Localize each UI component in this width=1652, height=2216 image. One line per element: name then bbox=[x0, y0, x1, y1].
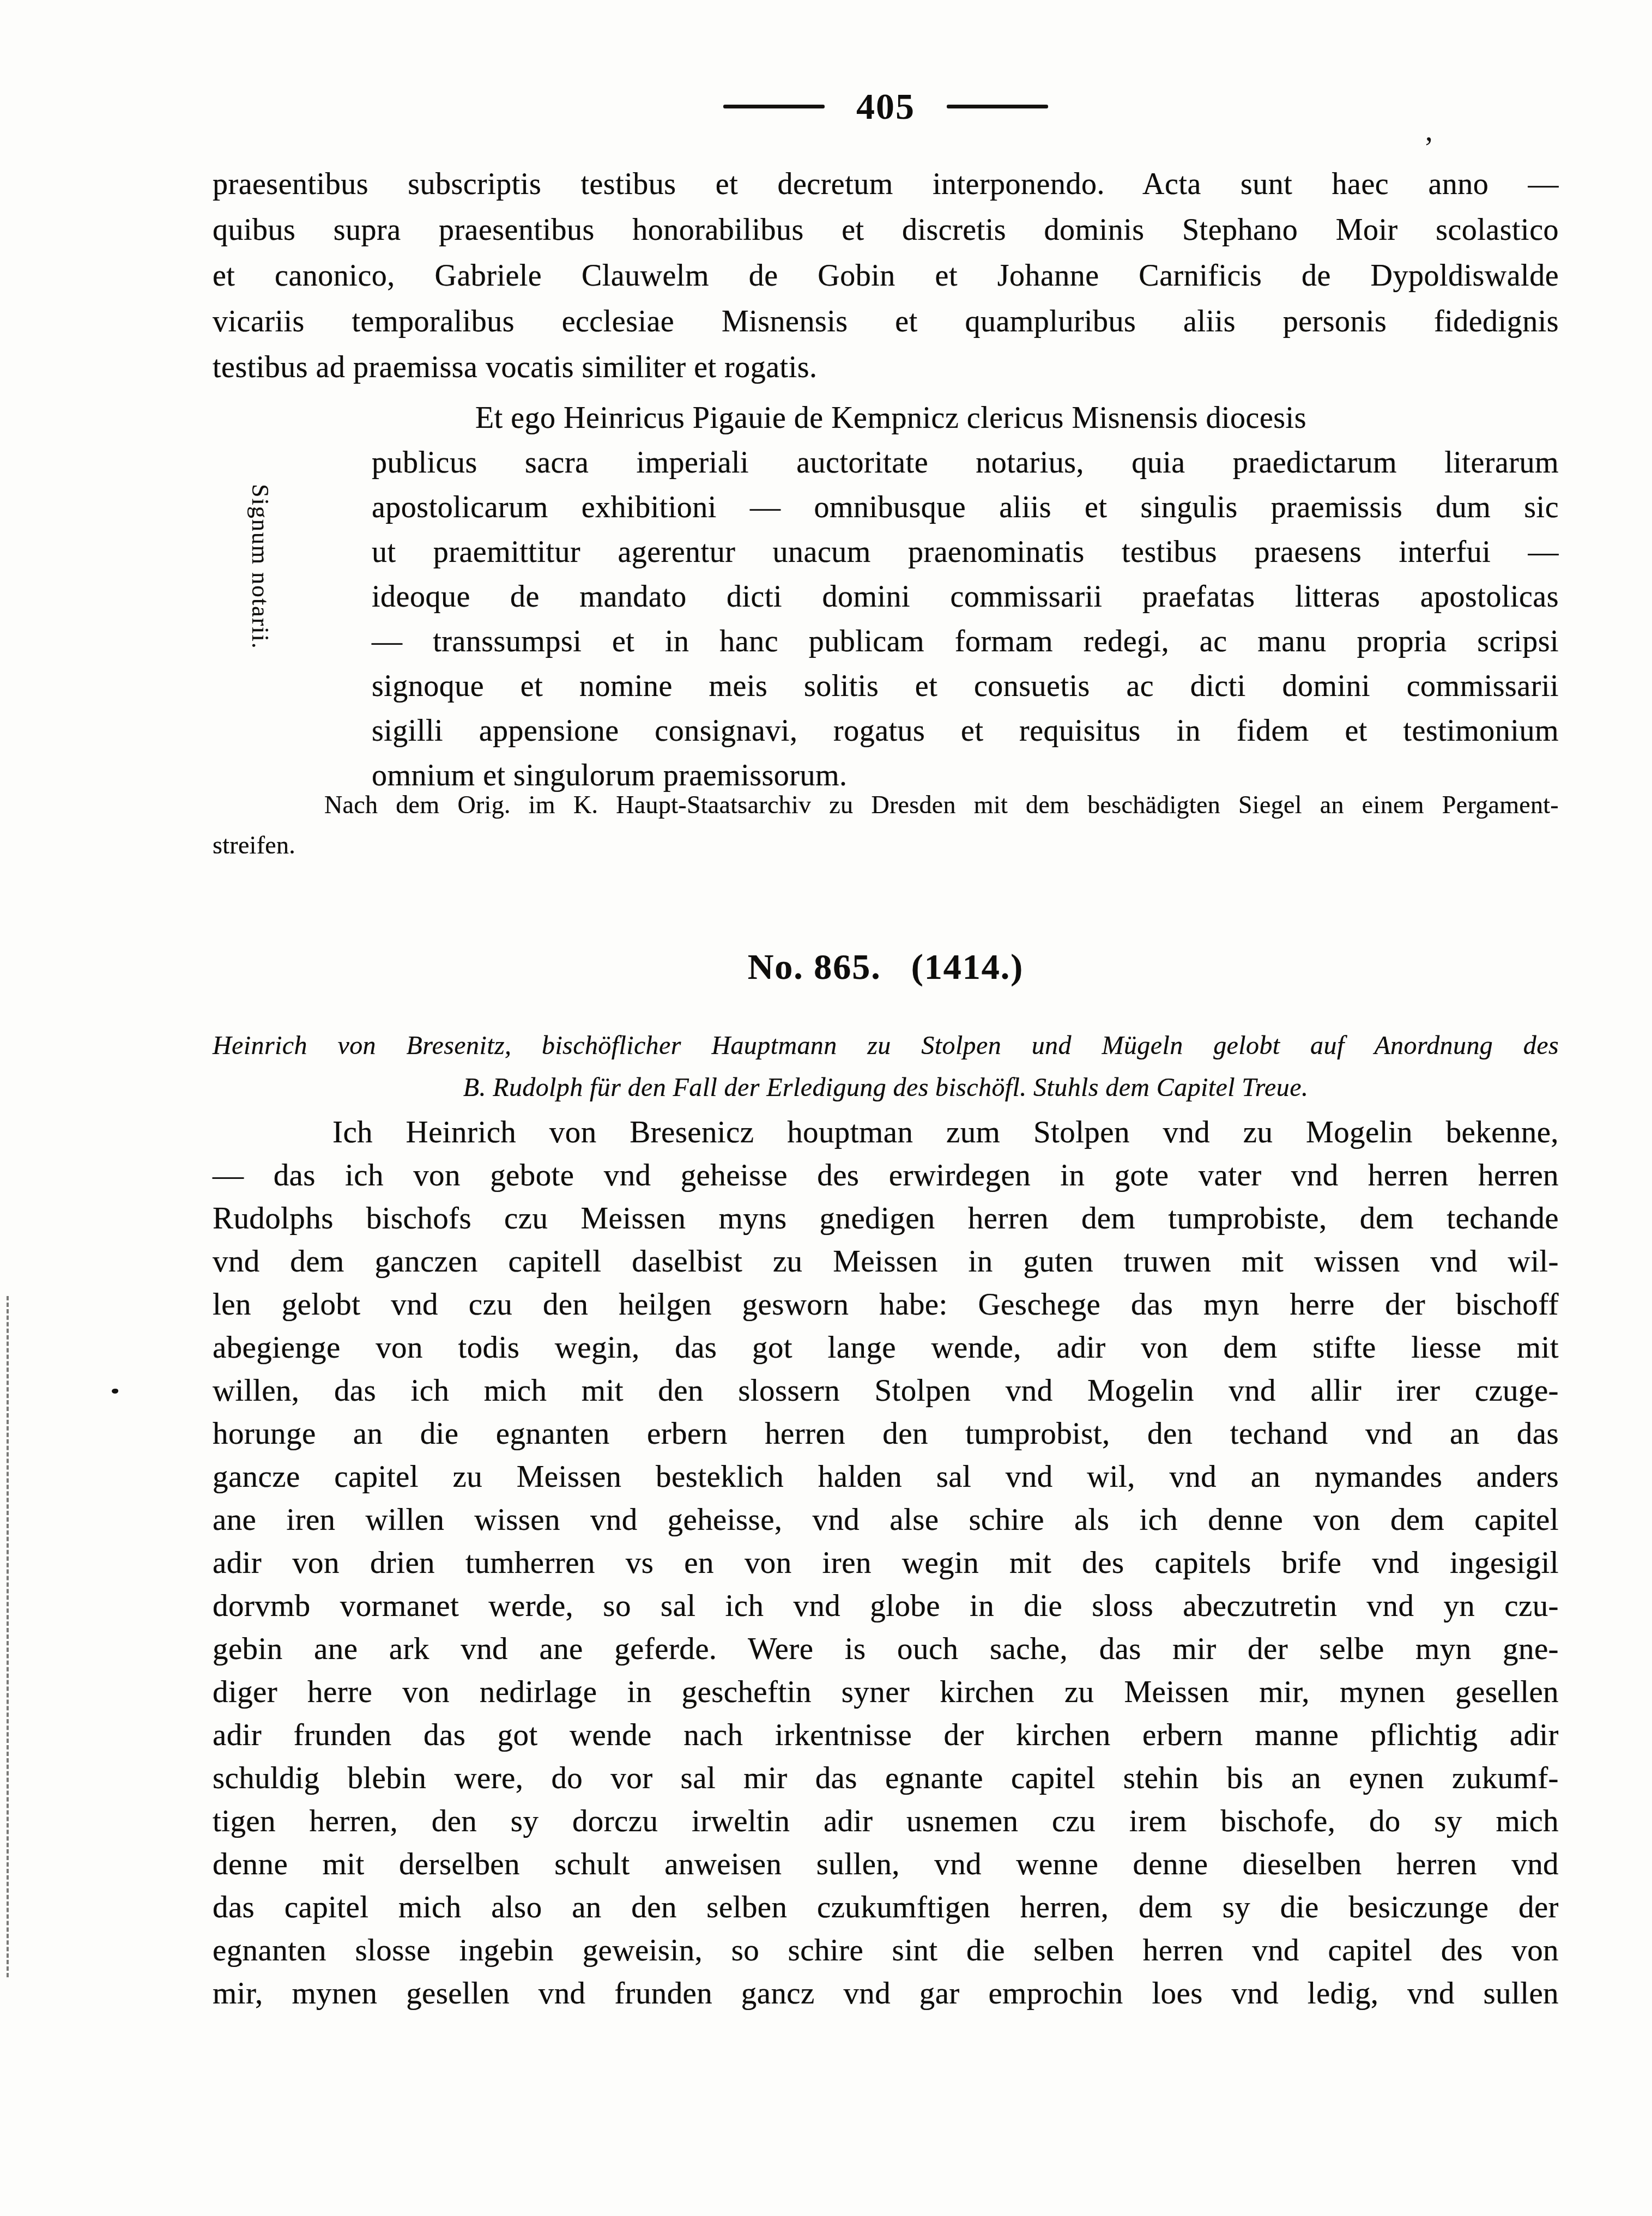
text-line: len gelobt vnd czu den heilgen gesworn h… bbox=[213, 1283, 1559, 1326]
text-line: et canonico, Gabriele Clauwelm de Gobin … bbox=[213, 253, 1559, 299]
text-line: streifen. bbox=[213, 825, 1559, 865]
scan-artifact-stray-mark: ’ bbox=[1424, 131, 1434, 166]
latin-continuation-paragraph: praesentibus subscriptis testibus et dec… bbox=[213, 161, 1559, 390]
text-line: B. Rudolph für den Fall der Erledigung d… bbox=[213, 1067, 1559, 1109]
text-line: testibus ad praemissa vocatis similiter … bbox=[213, 344, 1559, 390]
text-line: schuldig blebin were, do vor sal mir das… bbox=[213, 1757, 1559, 1800]
text-line: — das ich von gebote vnd geheisse des er… bbox=[213, 1154, 1559, 1197]
text-line: das capitel mich also an den selben czuk… bbox=[213, 1886, 1559, 1929]
text-line: vnd dem ganczen capitell daselbist zu Me… bbox=[213, 1240, 1559, 1283]
archival-source-note: Nach dem Orig. im K. Haupt-Staatsarchiv … bbox=[213, 785, 1559, 865]
text-line: Et ego Heinricus Pigauie de Kempnicz cle… bbox=[372, 396, 1559, 440]
text-line: Nach dem Orig. im K. Haupt-Staatsarchiv … bbox=[213, 785, 1559, 825]
page-number: 405 bbox=[856, 88, 915, 125]
header-rule-left bbox=[723, 105, 825, 108]
text-line: willen, das ich mich mit den slossern St… bbox=[213, 1369, 1559, 1412]
charter-year: (1414.) bbox=[911, 949, 1024, 985]
scan-artifact-ink-spot bbox=[112, 1389, 118, 1394]
text-line: ideoque de mandato dicti domini commissa… bbox=[372, 574, 1559, 619]
charter-body: Ich Heinrich von Bresenicz houptman zum … bbox=[213, 1111, 1559, 2015]
signum-notarii-margin-label: Signum notarii. bbox=[246, 484, 274, 650]
text-line: gebin ane ark vnd ane geferde. Were is o… bbox=[213, 1627, 1559, 1670]
charter-summary: Heinrich von Bresenitz, bischöflicher Ha… bbox=[213, 1025, 1559, 1109]
text-line: tigen herren, den sy dorczu irweltin adi… bbox=[213, 1800, 1559, 1843]
text-line: praesentibus subscriptis testibus et dec… bbox=[213, 161, 1559, 207]
text-line: egnanten slosse ingebin geweisin, so sch… bbox=[213, 1929, 1559, 1972]
charter-heading: No. 865. (1414.) bbox=[213, 949, 1559, 985]
text-line: Heinrich von Bresenitz, bischöflicher Ha… bbox=[213, 1025, 1559, 1067]
text-line: abegienge von todis wegin, das got lange… bbox=[213, 1326, 1559, 1369]
text-line: apostolicarum exhibitioni — omnibusque a… bbox=[372, 485, 1559, 530]
scanned-book-page: 405 praesentibus subscriptis testibus et… bbox=[0, 0, 1652, 2216]
text-line: signoque et nomine meis solitis et consu… bbox=[372, 664, 1559, 709]
text-line: Ich Heinrich von Bresenicz houptman zum … bbox=[213, 1111, 1559, 1154]
text-line: Rudolphs bischofs czu Meissen myns gnedi… bbox=[213, 1197, 1559, 1240]
text-line: adir von drien tumherren vs en von iren … bbox=[213, 1541, 1559, 1584]
scan-artifact-margin-line bbox=[7, 1296, 9, 1977]
text-line: sigilli appensione consignavi, rogatus e… bbox=[372, 709, 1559, 753]
notarial-attestation-block: Et ego Heinricus Pigauie de Kempnicz cle… bbox=[372, 396, 1559, 798]
text-line: quibus supra praesentibus honorabilibus … bbox=[213, 207, 1559, 253]
text-line: ut praemittitur agerentur unacum praenom… bbox=[372, 530, 1559, 574]
text-line: denne mit derselben schult anweisen sull… bbox=[213, 1843, 1559, 1886]
text-line: vicariis temporalibus ecclesiae Misnensi… bbox=[213, 299, 1559, 344]
header-rule-right bbox=[947, 105, 1048, 108]
text-line: adir frunden das got wende nach irkentni… bbox=[213, 1714, 1559, 1757]
text-line: mir, mynen gesellen vnd frunden gancz vn… bbox=[213, 1972, 1559, 2015]
text-line: dorvmb vormanet werde, so sal ich vnd gl… bbox=[213, 1584, 1559, 1627]
text-line: diger herre von nedirlage in gescheftin … bbox=[213, 1670, 1559, 1714]
page-header: 405 bbox=[213, 76, 1559, 136]
text-line: ane iren willen wissen vnd geheisse, vnd… bbox=[213, 1498, 1559, 1541]
text-line: publicus sacra imperiali auctoritate not… bbox=[372, 440, 1559, 485]
text-line: horunge an die egnanten erbern herren de… bbox=[213, 1412, 1559, 1455]
text-line: gancze capitel zu Meissen besteklich hal… bbox=[213, 1455, 1559, 1498]
charter-number: No. 865. bbox=[748, 949, 881, 985]
text-line: — transsumpsi et in hanc publicam formam… bbox=[372, 619, 1559, 664]
